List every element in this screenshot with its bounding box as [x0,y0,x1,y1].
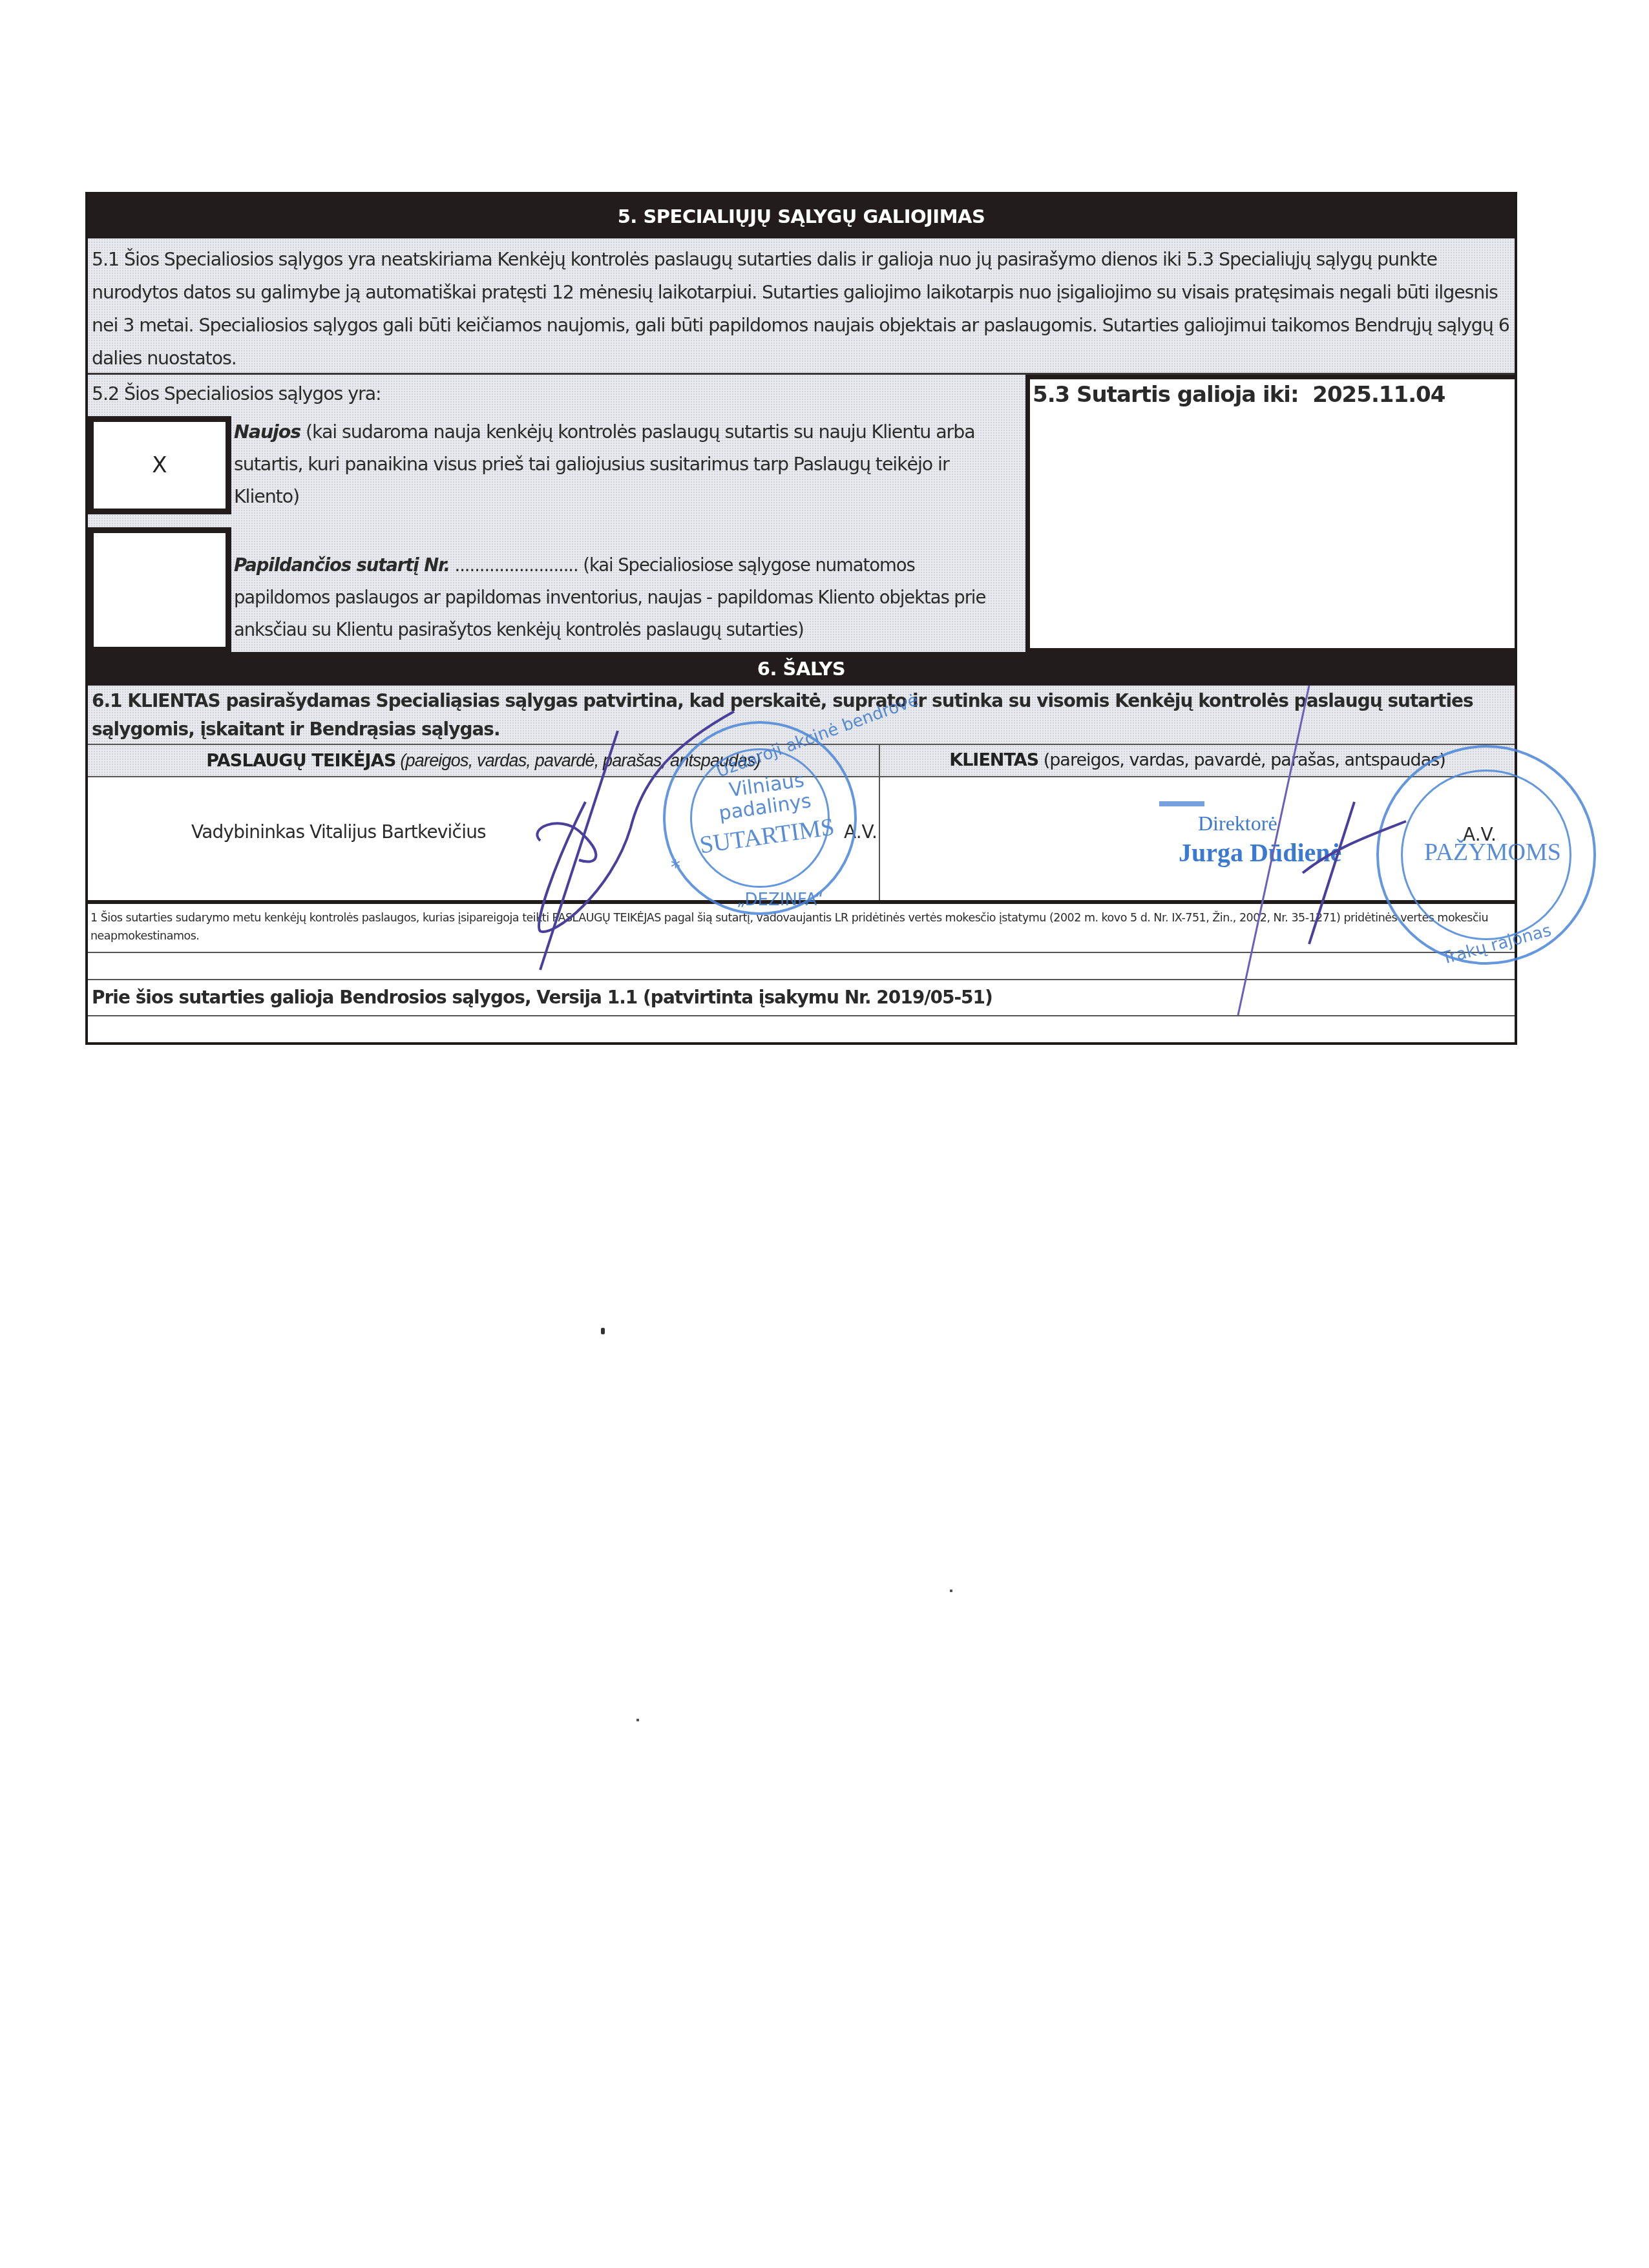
handwritten-signatures [88,194,1520,1099]
contract-table: 5. SPECIALIŲJŲ SĄLYGŲ GALIOJIMAS 5.1 Šio… [85,192,1517,1045]
scan-speck [601,1328,605,1334]
scan-speck [636,1719,639,1721]
scanned-page: 5. SPECIALIŲJŲ SĄLYGŲ GALIOJIMAS 5.1 Šio… [0,0,1649,2268]
scan-speck [950,1590,952,1592]
